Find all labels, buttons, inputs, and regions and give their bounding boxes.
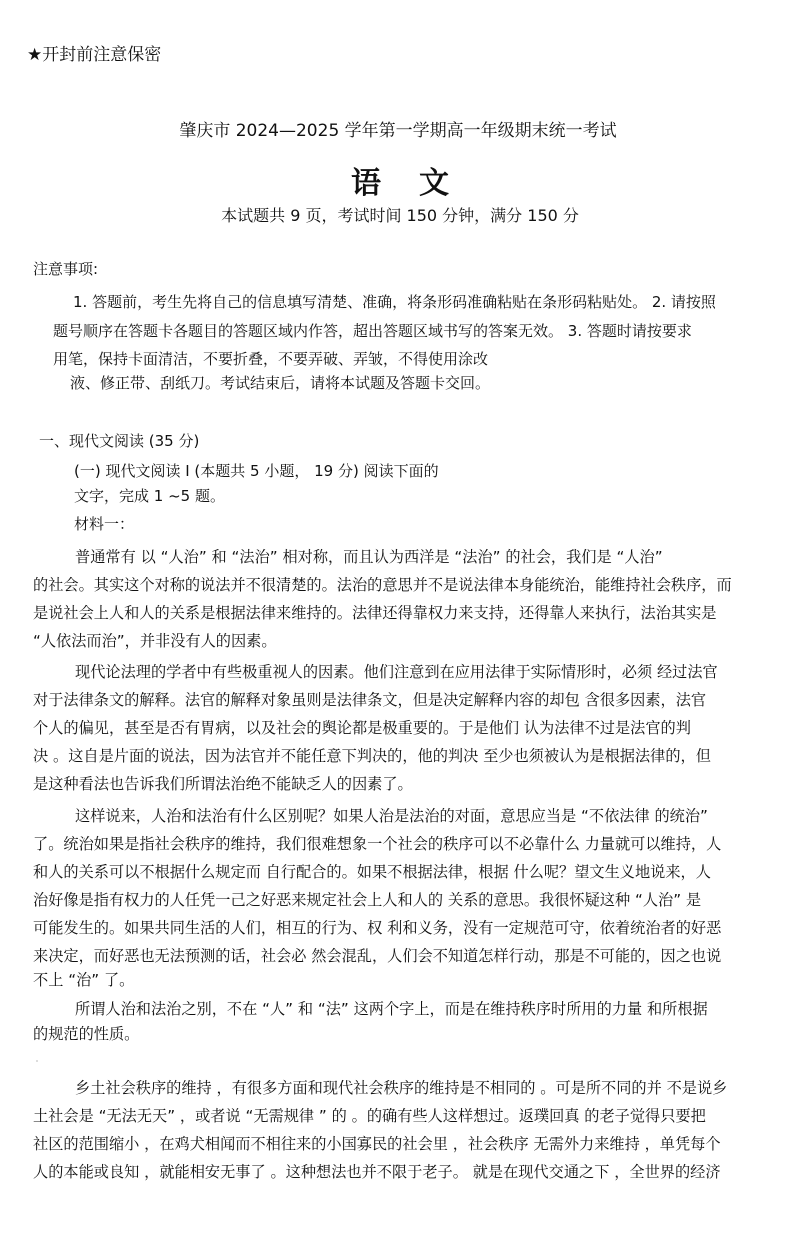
subject-title: 语文 [0, 158, 800, 202]
paragraph-line: 是这种看法也告诉我们所谓法治绝不能缺乏人的因素了。 [33, 773, 413, 794]
paragraph-line: 治好像是指有权力的人任凭一己之好恶来规定社会上人和人的 关系的意思。我很怀疑这种… [33, 889, 701, 910]
paragraph-line: “人依法而治”，并非没有人的因素。 [33, 630, 277, 651]
notes-heading: 注意事项: [33, 258, 98, 279]
exam-info: 本试题共 9 页，考试时间 150 分钟，满分 150 分 [0, 203, 800, 226]
paragraph-line: 的社会。其实这个对称的说法并不很清楚的。法治的意思并不是说法律本身能统治，能维持… [33, 574, 732, 595]
paragraph-line: 现代论法理的学者中有些极重视人的因素。他们注意到在应用法律于实际情形时，必须 经… [75, 661, 718, 682]
confidential-notice: ★开封前注意保密 [27, 40, 161, 65]
exam-title-text: 肇庆市 2024—2025 学年第一学期高一年级期末统一考试 [179, 116, 616, 141]
section-heading: 一、现代文阅读 (35 分) [39, 430, 199, 451]
paragraph-line: 对于法律条文的解释。法官的解释对象虽则是法律条文，但是决定解释内容的却包 含很多… [33, 689, 706, 710]
paragraph-line: 个人的偏见，甚至是否有胃病，以及社会的舆论都是极重要的。于是他们 认为法律不过是… [33, 717, 691, 738]
notes-line: 1. 答题前，考生先将自己的信息填写清楚、准确，将条形码准确粘贴在条形码粘贴处。… [73, 291, 716, 312]
paragraph-line: 和人的关系可以不根据什么规定而 自行配合的。如果不根据法律，根据 什么呢？望文生… [33, 861, 711, 882]
paragraph-line: 普通常有 以 “人治” 和 “法治” 相对称，而且认为西洋是 “法治” 的社会，… [75, 546, 663, 567]
paragraph-line: 了。统治如果是指社会秩序的维持，我们很难想象一个社会的秩序可以不必靠什么 力量就… [33, 833, 721, 854]
paragraph-line: 土社会是 “无法无天” ，或者说 “无需规律 ” 的 。的确有些人这样想过。返璞… [33, 1105, 706, 1126]
paragraph-line: 社区的范围缩小 ，在鸡犬相闻而不相往来的小国寡民的社会里 ，社会秩序 无需外力来… [33, 1133, 721, 1154]
paragraph-line: 乡土社会秩序的维持 ，有很多方面和现代社会秩序的维持是不相同的 。可是所不同的并… [75, 1077, 727, 1098]
subsection-instruction: 文字，完成 1 ~5 题。 [74, 485, 225, 506]
paragraph-line: 的规范的性质。 [33, 1023, 139, 1044]
notes-line: 液、修正带、刮纸刀。考试结束后，请将本试题及答题卡交回。 [70, 372, 490, 393]
scan-artifact [36, 1060, 38, 1062]
paragraph-line: 决 。这自是片面的说法，因为法官并不能任意下判决的，他的判决 至少也须被认为是根… [33, 745, 711, 766]
paragraph-line: 不上 “治” 了。 [33, 969, 134, 990]
paragraph-line: 所谓人治和法治之别，不在 “人” 和 “法” 这两个字上，而是在维持秩序时所用的… [75, 998, 708, 1019]
paragraph-line: 来决定，而好恶也无法预测的话，社会必 然会混乱，人们会不知道怎样行动，那是不可能… [33, 945, 721, 966]
material-label: 材料一： [74, 513, 134, 534]
paragraph-line: 这样说来，人治和法治有什么区别呢？如果人治是法治的对面，意思应当是 “不依法律 … [75, 805, 708, 826]
paragraph-line: 可能发生的。如果共同生活的人们，相互的行为、权 利和义务，没有一定规范可守，依着… [33, 917, 721, 938]
subject-char-1: 语 [351, 166, 381, 201]
notes-line: 用笔，保持卡面清洁，不要折叠，不要弄破、弄皱，不得使用涂改 [53, 348, 488, 369]
subsection-heading: (一) 现代文阅读 I (本题共 5 小题， 19 分) 阅读下面的 [74, 460, 439, 481]
paragraph-line: 是说社会上人和人的关系是根据法律来维持的。法律还得靠权力来支持，还得靠人来执行，… [33, 602, 716, 623]
exam-title: 肇庆市 2024—2025 学年第一学期高一年级期末统一考试 [0, 116, 800, 141]
subject-char-2: 文 [419, 166, 449, 201]
paragraph-line: 人的本能或良知 ，就能相安无事了 。这种想法也并不限于老子。 就是在现代交通之下… [33, 1161, 721, 1182]
notes-line: 题号顺序在答题卡各题目的答题区域内作答，超出答题区域书写的答案无效。 3. 答题… [53, 320, 692, 341]
